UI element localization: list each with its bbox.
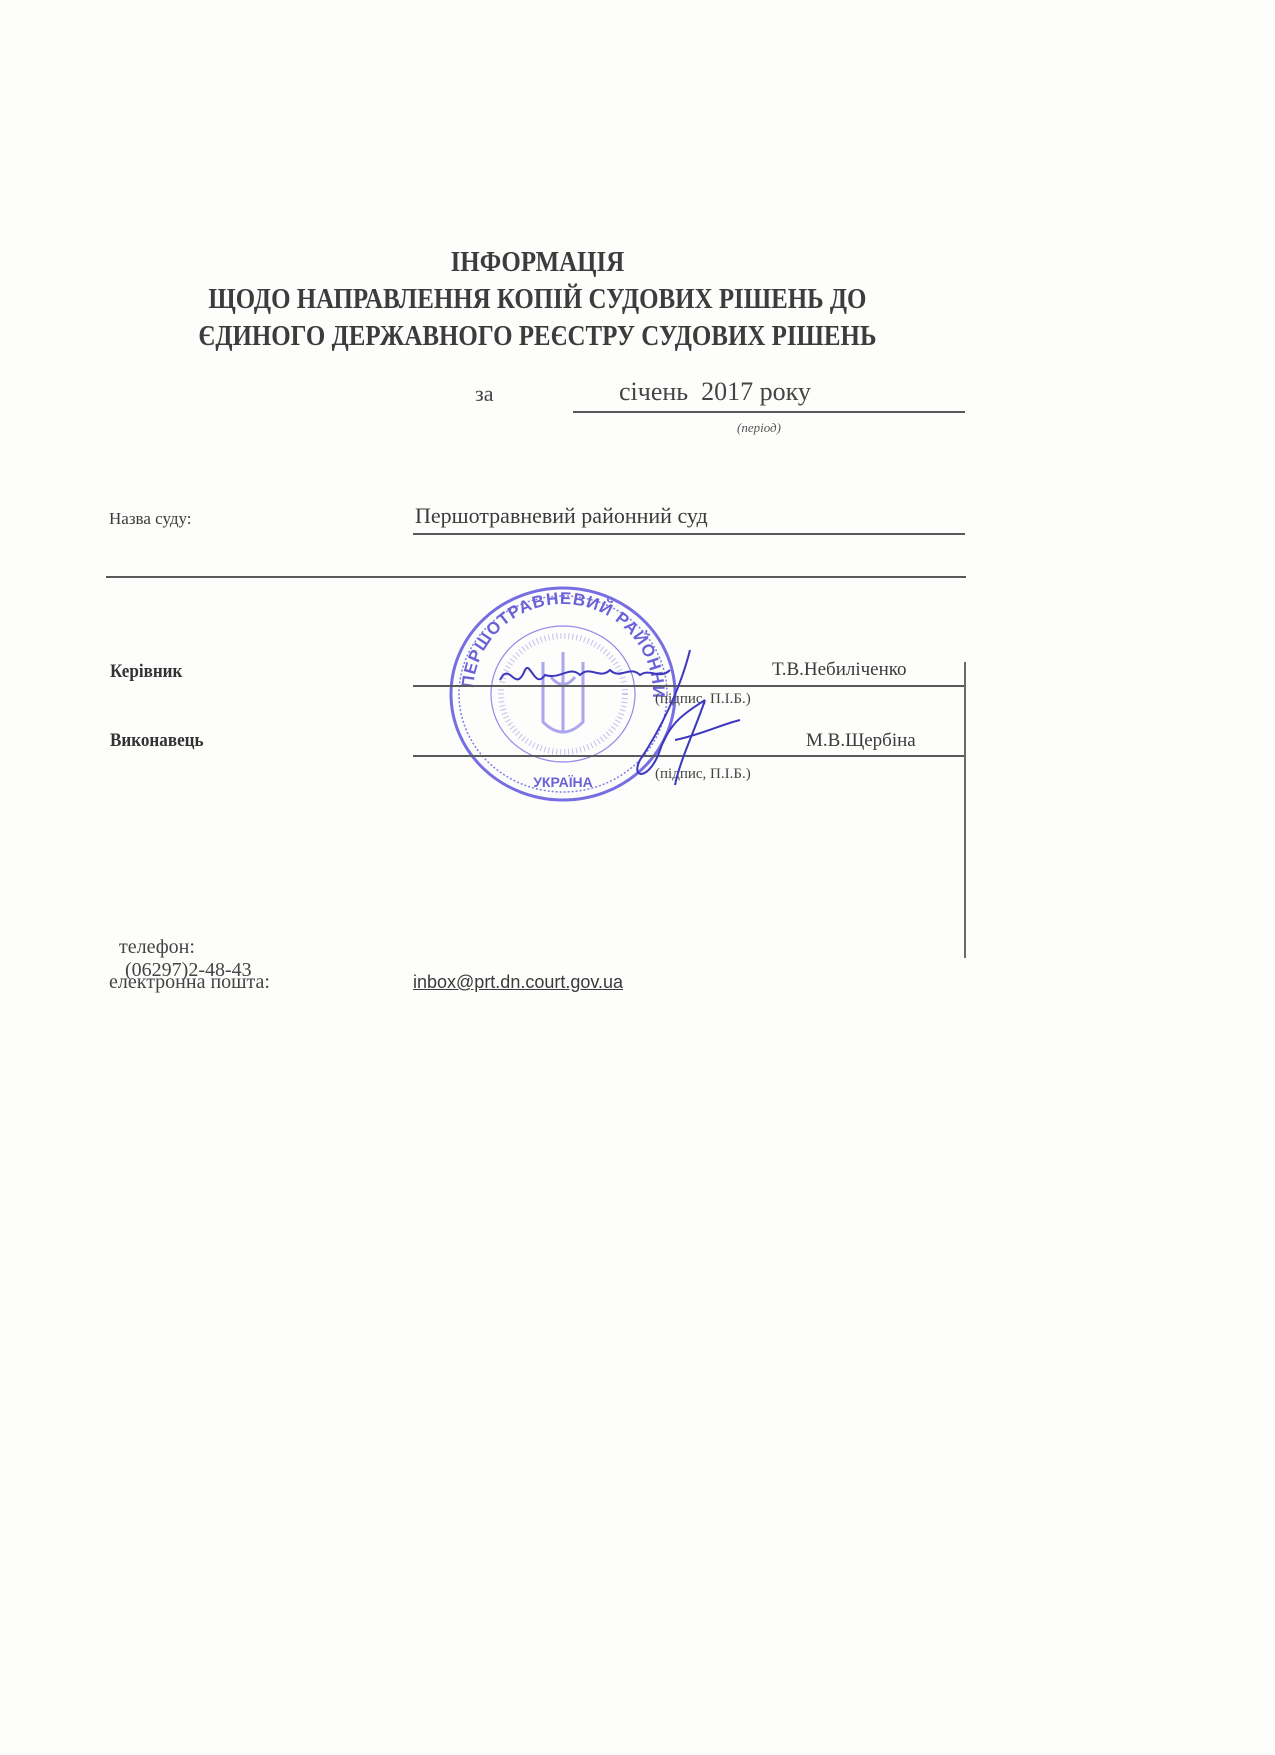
signature-name-executor: М.В.Щербіна bbox=[806, 730, 916, 752]
court-name-value: Першотравневий районний суд bbox=[415, 503, 708, 529]
signature-role-head: Керівник bbox=[110, 661, 182, 683]
section-divider bbox=[106, 576, 966, 578]
phone-label: телефон: bbox=[119, 936, 195, 958]
document-title-line-3: ЄДИНОГО ДЕРЖАВНОГО РЕЄСТРУ СУДОВИХ РІШЕН… bbox=[75, 318, 1000, 354]
document-title-line-1: ІНФОРМАЦІЯ bbox=[75, 244, 1000, 280]
period-caption: (період) bbox=[737, 420, 781, 436]
period-underline bbox=[573, 411, 965, 413]
email-label: електронна пошта: bbox=[109, 971, 270, 994]
document-title-line-2: ЩОДО НАПРАВЛЕННЯ КОПІЙ СУДОВИХ РІШЕНЬ ДО bbox=[75, 281, 1000, 317]
court-name-underline bbox=[413, 533, 965, 535]
period-prefix: за bbox=[475, 381, 493, 407]
right-border-line bbox=[964, 662, 966, 958]
signature-name-head: Т.В.Небиліченко bbox=[772, 659, 907, 681]
period-value: січень 2017 року bbox=[619, 377, 811, 407]
signature-role-executor: Виконавець bbox=[110, 730, 204, 752]
handwritten-signature-icon bbox=[490, 640, 790, 800]
court-label: Назва суду: bbox=[109, 509, 192, 529]
email-link[interactable]: inbox@prt.dn.court.gov.ua bbox=[413, 972, 623, 993]
